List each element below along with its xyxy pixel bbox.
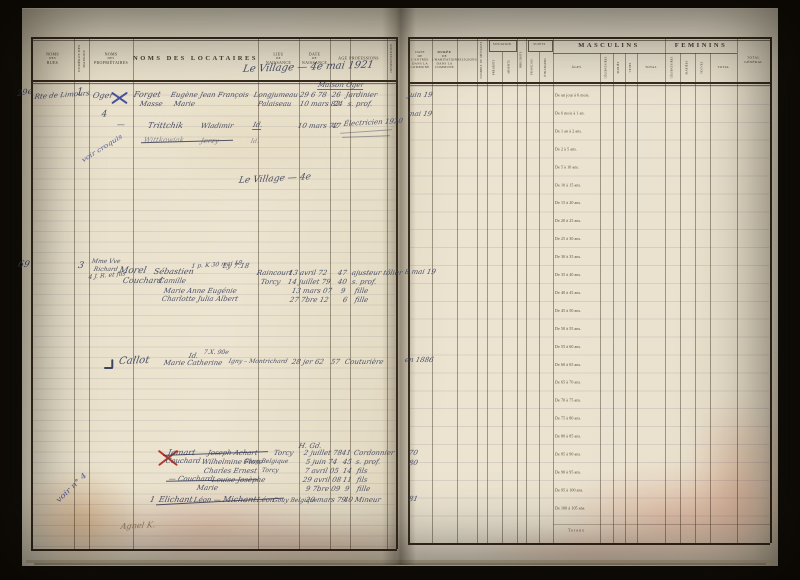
hw-profession: s. prof.: [355, 458, 381, 466]
age-row-label: De 60 à 65 ans.: [555, 362, 581, 367]
header-line: GÉNÉRAL: [744, 60, 762, 65]
header-line: PROPRIÉTAIRES: [94, 61, 128, 66]
header-line: COMMUNE: [435, 66, 454, 70]
header-line: OBSERVATIONS: [389, 44, 394, 73]
hw-tenant-given: Marie: [173, 100, 196, 108]
hw-birthplace: Id.: [252, 121, 263, 130]
header-line: MASCULINS: [578, 42, 640, 49]
age-row-label: De 40 à 45 ans.: [555, 290, 581, 295]
hw-note: 7.X. 90e: [203, 349, 229, 356]
hw-entry-date: mai 19: [407, 110, 433, 118]
hw-birthdate: 20 mars 79: [305, 496, 347, 504]
header-line: FRANÇAIS: [530, 59, 535, 75]
hw-birthdate: 27 7bre 12: [289, 296, 329, 304]
hw-birthdate: 5 juin 74: [305, 458, 338, 466]
hw-birthplace: Torcy: [260, 278, 281, 286]
col-header-noms-rues: NOMS DES RUES: [31, 37, 74, 80]
col-header-menages: NOMBRE DE MÉNAGES: [477, 37, 487, 83]
col-header-religions: RELIGIONS: [457, 37, 477, 83]
hw-entry-date: 8 mai 19: [404, 268, 437, 276]
hw-birthdate: 13 avril 72: [288, 269, 328, 277]
col-header-etrangers: ÉTRANGERS: [539, 52, 553, 82]
hw-pencil-note: Agnel K.: [120, 520, 156, 531]
hw-profession: ajusteur tôlier: [351, 269, 403, 277]
col-header-masc-veufs: VEUFS: [625, 53, 637, 82]
hw-tenant-given: Marie Anne Eugénie: [163, 287, 238, 295]
header-line: TOTAL: [718, 65, 730, 70]
col-header-fem-total: TOTAL: [710, 53, 737, 82]
col-header-numeros: NUMÉROS DES MAISONS: [74, 37, 89, 80]
hw-tenant-surname: Couchard: [165, 457, 201, 465]
hw-tenant-given: Marie: [196, 484, 219, 492]
age-row-label: De 6 mois à 1 an.: [555, 111, 585, 116]
hw-proprietor: Mme Vve: [91, 258, 121, 265]
col-header-proprietaires: NOMS DES PROPRIÉTAIRES: [89, 37, 133, 80]
header-line: ÉTRANGERS: [544, 58, 549, 76]
age-row-label: De 55 à 60 ans.: [555, 344, 581, 349]
hw-birthplace: Longjumeau: [253, 91, 299, 99]
hw-house-number: 1: [76, 86, 84, 98]
age-row-label: De 35 à 40 ans.: [555, 273, 581, 278]
hw-profession: fils: [356, 476, 368, 484]
col-header-absents: ABSENTS: [502, 52, 517, 82]
header-line: NUMÉROS DES MAISONS: [77, 37, 87, 80]
hw-entry-date: juin 19: [407, 91, 433, 99]
age-row-label: De 100 à 105 ans.: [555, 506, 585, 511]
hw-age: 40: [343, 496, 354, 504]
header-line: MARIÉES: [685, 61, 690, 75]
header-line: PRÉSENTS: [492, 59, 497, 74]
hw-age: 24: [333, 100, 344, 108]
header-line: CÉLIBATAIRES: [670, 56, 675, 78]
header-line: RUES: [47, 61, 58, 66]
hw-age: 57: [330, 358, 341, 366]
hw-tenant-surname-struck: Wittkowiak: [143, 136, 185, 144]
hw-proprietor: Oger: [92, 91, 114, 100]
hw-age: 47: [331, 122, 342, 130]
header-line: ABSENTS: [507, 60, 512, 74]
hw-profession: Cordonnier: [353, 449, 395, 457]
age-row-label: De un jour à 6 mois.: [555, 93, 590, 98]
header-line: CÉLIBATAIRES: [604, 56, 609, 78]
age-row-label: De 5 à 10 ans.: [555, 165, 579, 170]
age-row-label: De 45 à 50 ans.: [555, 308, 581, 313]
hw-profession: fille: [354, 287, 369, 295]
hw-age: 14: [342, 467, 353, 475]
age-totals-label: Totaux: [555, 528, 598, 533]
hw-profession: fille: [354, 296, 369, 304]
hw-birthplace: Torcy: [261, 467, 279, 474]
hw-tenant-given: Charles Ernest: [203, 467, 258, 475]
hw-profession: s. prof.: [351, 278, 377, 286]
hw-birthplace: Torcy: [273, 449, 294, 457]
header-line: NOMS DES LOCATAIRES: [133, 55, 258, 62]
age-row-label: De 70 à 75 ans.: [555, 398, 581, 403]
hw-tenant-surname: Trittchik: [147, 121, 184, 130]
hw-birthdate: 29 avril 08: [302, 476, 342, 484]
age-row-label: De 75 à 80 ans.: [555, 416, 581, 421]
age-row-label: De 50 à 55 ans.: [555, 326, 581, 331]
hw-birthdate: 2 juillet 78: [303, 449, 343, 457]
age-row-label: De 90 à 95 ans.: [555, 470, 581, 475]
header-line: NOMBRE DE MÉNAGES: [480, 41, 485, 78]
col-header-masc-maries: MARIÉS: [613, 53, 625, 82]
hw-entry-date: en 1886: [404, 356, 434, 364]
col-header-fem-celibataires: CÉLIBATAIRES: [665, 53, 680, 82]
col-header-locataires: NOMS DES LOCATAIRES: [133, 37, 258, 80]
hw-birthdate: 28 jer 62: [291, 358, 325, 366]
hw-tenant-given: Marie Catherine: [163, 359, 223, 367]
hw-birthplace: Palaiseau: [257, 100, 292, 108]
hw-margin-number: 69: [17, 260, 31, 270]
col-header-fem-veuves: VEUVES: [695, 53, 710, 82]
hw-birthdate: 29 6 78: [299, 91, 327, 99]
header-line: COMMUNE: [410, 66, 429, 70]
hw-birthdate: 13 mars 07: [291, 287, 333, 295]
hw-tenant-given: Camille: [158, 277, 187, 285]
hw-tenant-given: Léon: [193, 496, 212, 504]
hw-tenant-given: Charlotte Julia Albert: [161, 295, 239, 303]
hw-profession: s. prof.: [347, 100, 373, 108]
age-row-label: De 30 à 35 ans.: [555, 255, 581, 260]
col-header-masc-total: TOTAL: [637, 53, 665, 82]
register-photo: NOMS DES RUES NUMÉROS DES MAISONS NOMS D…: [0, 0, 800, 580]
group-header-sujets: SUJETS: [526, 40, 553, 50]
hw-note-underlined: Maison Oger: [317, 81, 365, 90]
header-line: TOTAL: [645, 65, 657, 70]
hw-birthplace-struck: Id.: [250, 138, 260, 145]
hw-profession: fils: [356, 467, 368, 475]
hw-tenant-surname: Masse: [139, 100, 163, 108]
hw-tenant-surname: Forget: [133, 90, 162, 99]
col-header-date-entree: DATE DE L'ENTRÉE DANS LA COMMUNE: [408, 37, 432, 83]
col-header-francais: FRANÇAIS: [526, 52, 539, 82]
col-header-age-professions: AGE PROFESSIONS: [330, 37, 387, 80]
hw-entry-mark: 70: [408, 449, 419, 457]
hw-tenant-surname: Morel: [118, 266, 147, 276]
hw-profession: Mineur: [354, 496, 382, 504]
header-line: RELIGIONS: [457, 58, 477, 63]
hw-profession: Couturière: [344, 358, 384, 366]
col-header-date: DATE DE NAISSANCE: [299, 37, 330, 80]
hw-age: 41: [341, 449, 352, 457]
hw-birthdate: 9 7bre 09: [305, 485, 341, 493]
col-header-fem-mariees: MARIÉES: [680, 53, 695, 82]
hw-tenant-surname-struck: — Couchard: [168, 475, 213, 483]
group-header-situation: SITUATION: [487, 40, 517, 50]
group-header-masculins: MASCULINS: [553, 37, 665, 53]
hw-profession: Jardinier: [345, 91, 378, 99]
hw-birthplace: Igny – Montrichard: [228, 358, 288, 365]
age-row-label: De 20 à 25 ans.: [555, 219, 581, 224]
hw-entry-mark: 81: [408, 495, 419, 503]
hw-margin-four: 4: [101, 109, 108, 120]
header-line: ÂGES: [572, 65, 582, 70]
col-header-presents: PRÉSENTS: [487, 52, 502, 82]
age-row-label: De 25 à 30 ans.: [555, 237, 581, 242]
hw-age: 11: [342, 476, 353, 484]
age-row-label: De 15 à 20 ans.: [555, 201, 581, 206]
hw-tenant-surname-struck: Elichant: [158, 495, 194, 504]
header-line: SITUATION: [493, 43, 511, 48]
col-header-indigents: INDIGENTS: [517, 37, 526, 83]
header-line: VEUVES: [700, 61, 705, 73]
age-row-label: De 65 à 70 ans.: [555, 380, 581, 385]
age-row-label: De 95 à 100 ans.: [555, 488, 583, 493]
hw-entry-mark: 80: [408, 459, 419, 467]
hw-tenant-given-struck: Jerzy: [200, 137, 220, 145]
hw-birthplace: Gouy Belgique: [243, 458, 289, 465]
hw-tenant-surname: Michant: [222, 495, 257, 504]
hw-age: 47: [337, 269, 348, 277]
age-col-inner: De un jour à 6 mois.De 6 mois à 1 an.De …: [555, 92, 598, 542]
hw-birthdate: 14 juillet 79: [287, 278, 331, 286]
header-line: VEUFS: [629, 63, 634, 73]
age-col-wrap: De un jour à 6 mois.De 6 mois à 1 an.De …: [555, 92, 598, 542]
header-line: SUJETS: [533, 43, 545, 48]
hw-tenant-given: Wladimir: [200, 122, 234, 130]
col-header-total-general: TOTAL GÉNÉRAL: [737, 37, 770, 83]
col-header-observations: OBSERVATIONS: [387, 37, 396, 80]
hw-age: 26: [331, 91, 342, 99]
hw-birthdate: 7 avril 05: [304, 467, 339, 475]
header-line: FEMININS: [675, 42, 728, 49]
age-row-label: De 2 à 5 ans.: [555, 147, 577, 152]
hw-tenant-surname-struck: Jamart: [167, 448, 196, 457]
age-row-label: De 80 à 85 ans.: [555, 434, 581, 439]
hw-tenant-given: Eugène Jean François: [170, 91, 250, 99]
hw-tenant-given-struck: Louise Josèphe: [211, 476, 266, 484]
age-row-label: De 85 à 90 ans.: [555, 452, 581, 457]
col-header-duree: DURÉE DE L'HABITATION DANS LA COMMUNE: [432, 37, 457, 83]
hw-tenant-given-struck: Joseph Achart: [207, 449, 258, 457]
age-row-label: De 1 an à 2 ans.: [555, 129, 582, 134]
header-line: MARIÉS: [617, 62, 622, 74]
age-row-label: De 10 à 15 ans.: [555, 183, 581, 188]
hw-tenant-surname: Callot: [118, 355, 150, 367]
hw-profession: fille: [356, 485, 371, 493]
hw-age: 40: [337, 278, 348, 286]
hw-age: 45: [342, 458, 353, 466]
header-line: INDIGENTS: [519, 52, 524, 69]
col-header-ages: ÂGES: [553, 53, 600, 82]
group-header-feminins: FEMININS: [665, 37, 737, 53]
col-header-masc-celibataires: CÉLIBATAIRES: [600, 53, 613, 82]
hw-tenant-given: Sébastien: [153, 267, 195, 276]
